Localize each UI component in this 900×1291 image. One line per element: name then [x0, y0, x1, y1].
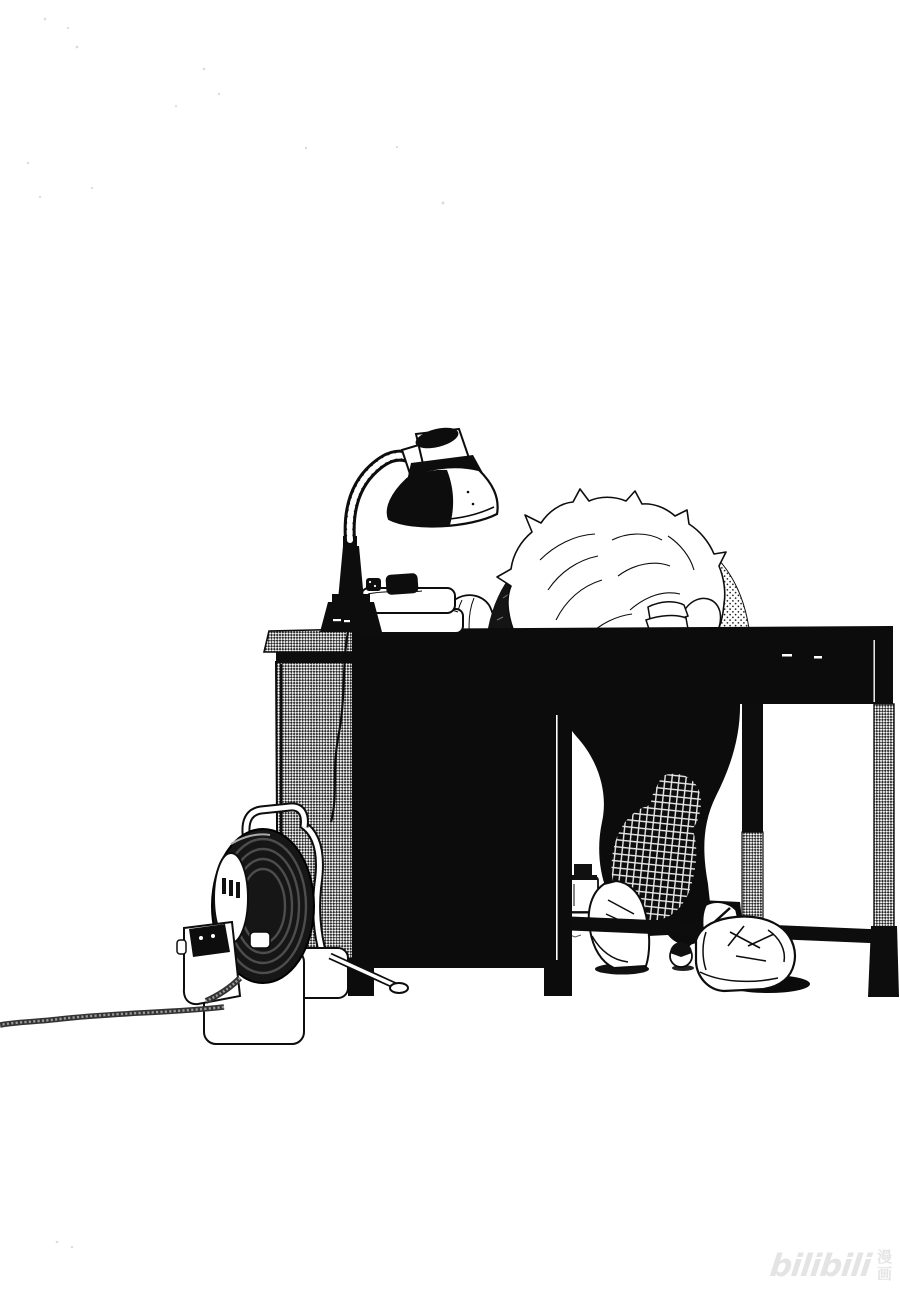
chair-caster — [670, 942, 694, 971]
desk-inner-leg — [742, 704, 763, 834]
reel-plug — [177, 922, 240, 1004]
watermark-vertical-text: 漫 画 — [877, 1249, 892, 1283]
manga-page: bilibili 漫 画 — [0, 0, 900, 1291]
lamp-base — [320, 602, 382, 632]
under-desk-scene — [558, 700, 899, 997]
office-desk — [264, 626, 893, 996]
watermark: bilibili 漫 画 — [770, 1249, 892, 1283]
watermark-char-2: 画 — [877, 1266, 892, 1283]
lamp-stem — [338, 546, 364, 600]
power-cable — [0, 1007, 224, 1025]
desk-pedestal-front — [352, 629, 572, 968]
bilibili-logo: bilibili — [768, 1251, 872, 1282]
desk-right-leg — [874, 704, 894, 932]
watermark-char-1: 漫 — [877, 1249, 892, 1266]
manga-artwork — [0, 0, 900, 1291]
lamp-shade — [388, 424, 498, 527]
